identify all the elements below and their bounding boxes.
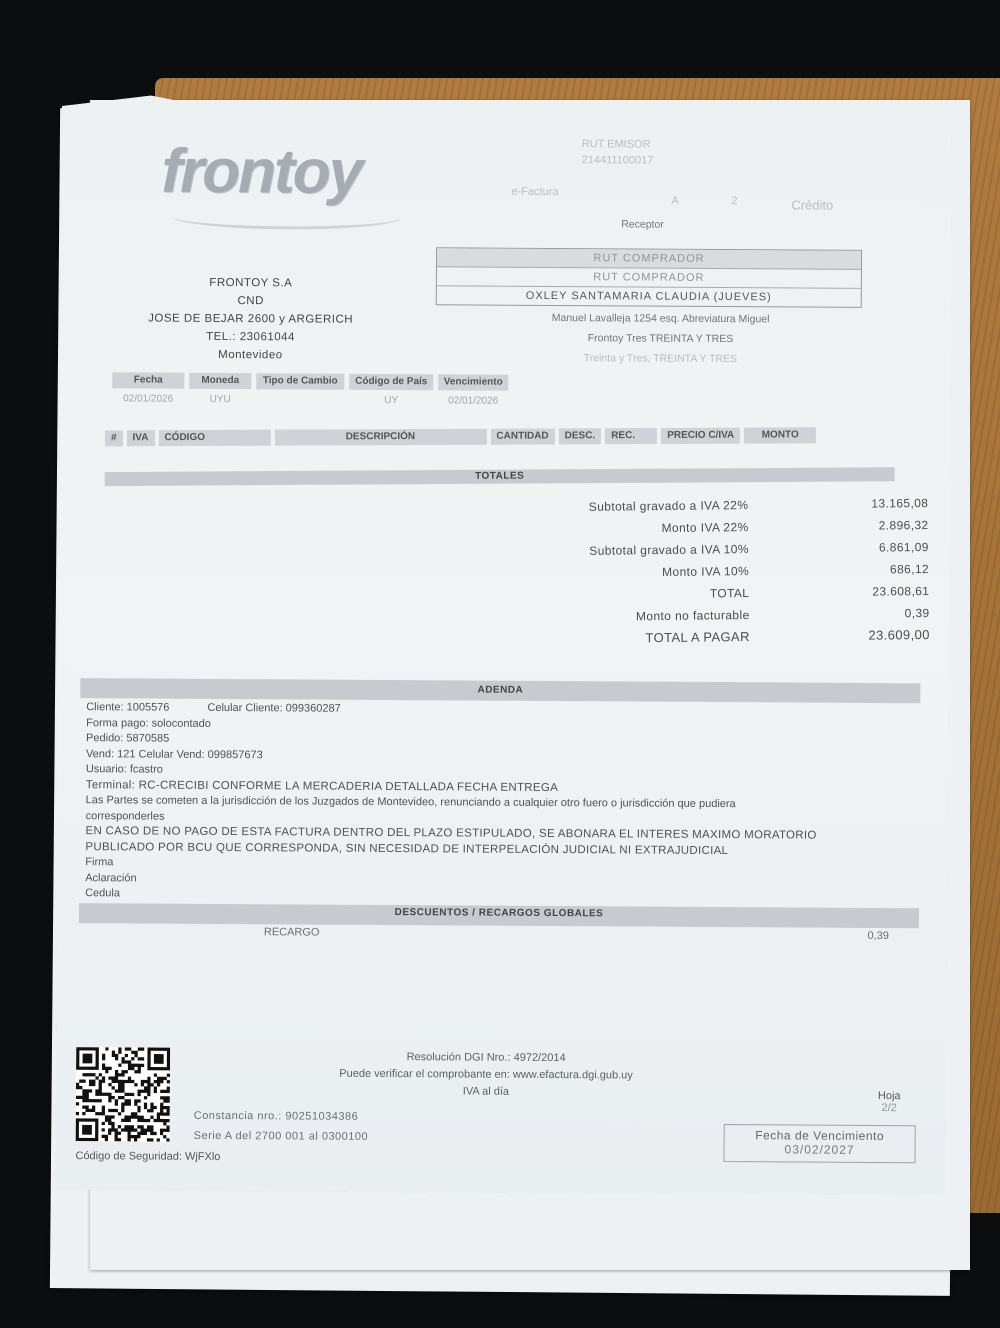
totals-value: 0,39	[819, 602, 929, 625]
col-cantidad: CANTIDAD	[490, 428, 554, 444]
col-desc: DESC.	[559, 428, 602, 444]
rut-value: 214411100017	[582, 154, 654, 166]
invoice-page: frontoy FRONTOY S.A CND JOSE DE BEJAR 26…	[55, 95, 952, 1195]
doc-type: e-Factura	[511, 186, 558, 198]
meta-header-vencimiento: Vencimiento	[438, 374, 508, 390]
descuentos-recargos-section: DESCUENTOS / RECARGOS GLOBALES RECARGO 0…	[79, 903, 919, 942]
receptor-address-line: Manuel Lavalleja 1254 esq. Abreviatura M…	[481, 308, 841, 330]
totals-label: TOTAL	[549, 582, 749, 606]
fecha-vencimiento-value: 03/02/2027	[725, 1142, 915, 1157]
qr-code-icon	[76, 1047, 171, 1142]
totals-row-total-a-pagar: TOTAL A PAGAR23.609,00	[550, 624, 930, 650]
meta-value-moneda: UYU	[189, 392, 251, 408]
issuer-company: FRONTOY S.A	[131, 273, 371, 292]
verificar-comprobante: Puede verificar el comprobante en: www.e…	[276, 1065, 696, 1085]
hoja-label: Hoja	[878, 1090, 901, 1102]
fecha-vencimiento-label: Fecha de Vencimiento	[725, 1128, 915, 1143]
adenda-celular-cliente: Celular Cliente: 099360287	[207, 702, 340, 715]
totals-block: Subtotal gravado a IVA 22%13.165,08 Mont…	[548, 492, 930, 650]
constancia-nro: Constancia nro.: 90251034386	[194, 1106, 369, 1127]
footer-constancia: Constancia nro.: 90251034386 Serie A del…	[194, 1106, 369, 1147]
totals-value: 23.608,61	[819, 580, 929, 603]
totals-label: Subtotal gravado a IVA 22%	[548, 494, 748, 518]
iva-al-dia: IVA al día	[276, 1082, 696, 1102]
col-descripcion: DESCRIPCIÓN	[274, 428, 486, 445]
series: A	[671, 195, 678, 207]
meta-header-tipo-cambio: Tipo de Cambio	[256, 373, 344, 390]
receptor-name: OXLEY SANTAMARIA CLAUDIA (JUEVES)	[437, 286, 861, 307]
col-iva: IVA	[126, 430, 154, 446]
totals-label: Monto IVA 10%	[549, 560, 749, 584]
doc-number: 2	[731, 195, 737, 207]
issuer-block: FRONTOY S.A CND JOSE DE BEJAR 2600 y ARG…	[130, 273, 371, 364]
meta-header-fecha: Fecha	[112, 372, 184, 388]
col-codigo: CÓDIGO	[158, 429, 270, 445]
payment-type: Crédito	[791, 197, 833, 212]
receptor-row: RUT COMPRADOR	[437, 248, 861, 270]
adenda-section: ADENDA Cliente: 1005576Celular Cliente: …	[79, 678, 920, 907]
fecha-vencimiento-box: Fecha de Vencimiento 03/02/2027	[723, 1124, 915, 1163]
receptor-address: Manuel Lavalleja 1254 esq. Abreviatura M…	[480, 308, 840, 370]
meta-header-codigo-pais: Código de País	[349, 374, 433, 391]
totals-value: 686,12	[819, 558, 929, 581]
totals-value: 23.609,00	[820, 624, 930, 647]
receptor-title: Receptor	[621, 218, 664, 230]
recargo-value: 0,39	[867, 930, 888, 942]
col-index: #	[105, 430, 123, 446]
issuer-phone: TEL.: 23061044	[130, 327, 370, 346]
hoja-block: Hoja 2/2	[878, 1090, 901, 1114]
issuer-address: JOSE DE BEJAR 2600 y ARGERICH	[131, 309, 371, 328]
meta-value-codigo-pais: UY	[349, 393, 433, 410]
codigo-seguridad: Código de Seguridad: WjFXlo	[75, 1150, 220, 1163]
receptor-box: RUT COMPRADOR RUT COMPRADOR OXLEY SANTAM…	[436, 247, 862, 308]
col-monto: MONTO	[744, 427, 816, 443]
serie-rango: Serie A del 2700 001 al 0300100	[194, 1126, 369, 1147]
issuer-branch: CND	[131, 291, 371, 310]
cfe-header: RUT EMISOR 214411100017 e-Factura A 2 Cr…	[432, 137, 872, 140]
totals-bar: TOTALES	[105, 467, 895, 486]
col-rec: REC.	[605, 427, 657, 443]
totals-label: TOTAL A PAGAR	[550, 626, 750, 650]
logo-wave-decoration	[171, 204, 401, 230]
receptor-row: RUT COMPRADOR	[437, 267, 861, 289]
col-precio-civa: PRECIO C/IVA	[661, 427, 740, 443]
issuer-city: Montevideo	[130, 345, 370, 364]
items-table-header: # IVA CÓDIGO DESCRIPCIÓN CANTIDAD DESC. …	[105, 426, 895, 446]
meta-value-vencimiento: 02/01/2026	[438, 393, 508, 409]
meta-value-tipo-cambio	[256, 392, 344, 409]
receptor-address-line: Treinta y Tres, TREINTA Y TRES	[480, 348, 840, 370]
adenda-cliente: Cliente: 1005576	[86, 701, 169, 714]
issuer-logo: frontoy	[161, 136, 361, 208]
receptor-address-line: Frontoy Tres TREINTA Y TRES	[480, 328, 840, 350]
hoja-value: 2/2	[878, 1102, 901, 1114]
recargo-label: RECARGO	[264, 926, 320, 938]
meta-header-moneda: Moneda	[189, 373, 251, 389]
qr-code	[76, 1047, 171, 1142]
invoice-meta-table: Fecha Moneda Tipo de Cambio Código de Pa…	[112, 372, 508, 409]
totals-label: Monto IVA 22%	[548, 516, 748, 540]
totals-title: TOTALES	[105, 467, 895, 486]
totals-label: Subtotal gravado a IVA 10%	[549, 538, 749, 562]
footer-center: Resolución DGI Nro.: 4972/2014 Puede ver…	[276, 1048, 696, 1102]
rut-label: RUT EMISOR	[582, 138, 651, 150]
totals-value: 6.861,09	[819, 536, 929, 559]
totals-label: Monto no facturable	[549, 604, 749, 628]
descuentos-title: DESCUENTOS / RECARGOS GLOBALES	[79, 903, 919, 924]
totals-value: 2.896,32	[818, 514, 928, 537]
meta-value-fecha: 02/01/2026	[112, 391, 184, 407]
totals-value: 13.165,08	[818, 492, 928, 515]
